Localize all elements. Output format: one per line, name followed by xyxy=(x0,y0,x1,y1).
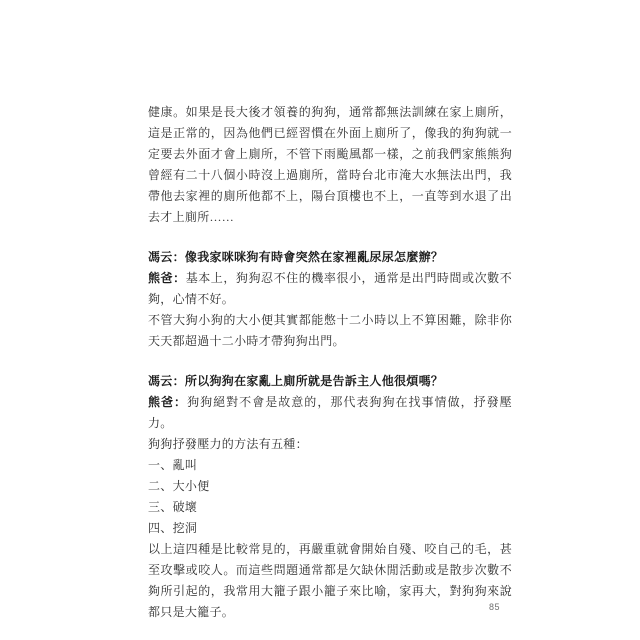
answer-2: 熊爸：狗狗絕對不會是故意的，那代表狗狗在找事情做，抒發壓力。 xyxy=(148,392,512,434)
question-2-speaker: 馮云： xyxy=(148,374,185,388)
page-number: 85 xyxy=(489,602,500,612)
list-item-4: 四、挖洞 xyxy=(148,518,512,539)
list-item-1: 一、亂叫 xyxy=(148,455,512,476)
answer-1-speaker: 熊爸： xyxy=(148,271,186,285)
question-1-text: 像我家咪咪狗有時會突然在家裡亂尿尿怎麼辦？ xyxy=(185,250,443,264)
paragraph-intro: 健康。如果是長大後才領養的狗狗，通常都無法訓練在家上廁所，這是正常的，因為他們已… xyxy=(148,102,512,228)
question-2-text: 所以狗狗在家亂上廁所就是告訴主人他很煩嗎？ xyxy=(185,374,443,388)
answer-1: 熊爸：基本上，狗狗忍不住的機率很小，通常是出門時間或次數不夠，心情不好。 xyxy=(148,268,512,310)
methods-intro: 狗狗抒發壓力的方法有五種： xyxy=(148,434,512,455)
question-1-speaker: 馮云： xyxy=(148,250,185,264)
list-item-2: 二、大小便 xyxy=(148,476,512,497)
list-item-3: 三、破壞 xyxy=(148,497,512,518)
page-content: 健康。如果是長大後才領養的狗狗，通常都無法訓練在家上廁所，這是正常的，因為他們已… xyxy=(148,102,512,623)
closing-paragraph: 以上這四種是比較常見的，再嚴重就會開始自殘、咬自己的毛，甚至攻擊或咬人。而這些問… xyxy=(148,539,512,623)
book-page: 健康。如果是長大後才領養的狗狗，通常都無法訓練在家上廁所，這是正常的，因為他們已… xyxy=(0,0,640,640)
answer-2-text: 狗狗絕對不會是故意的，那代表狗狗在找事情做，抒發壓力。 xyxy=(148,395,512,430)
question-1: 馮云：像我家咪咪狗有時會突然在家裡亂尿尿怎麼辦？ xyxy=(148,247,512,268)
answer-1-continued: 不管大狗小狗的大小便其實都能憋十二小時以上不算困難，除非你天天都超過十二小時才帶… xyxy=(148,310,512,352)
answer-2-speaker: 熊爸： xyxy=(148,395,187,409)
question-2: 馮云：所以狗狗在家亂上廁所就是告訴主人他很煩嗎？ xyxy=(148,371,512,392)
answer-1-text: 基本上，狗狗忍不住的機率很小，通常是出門時間或次數不夠，心情不好。 xyxy=(148,271,512,306)
